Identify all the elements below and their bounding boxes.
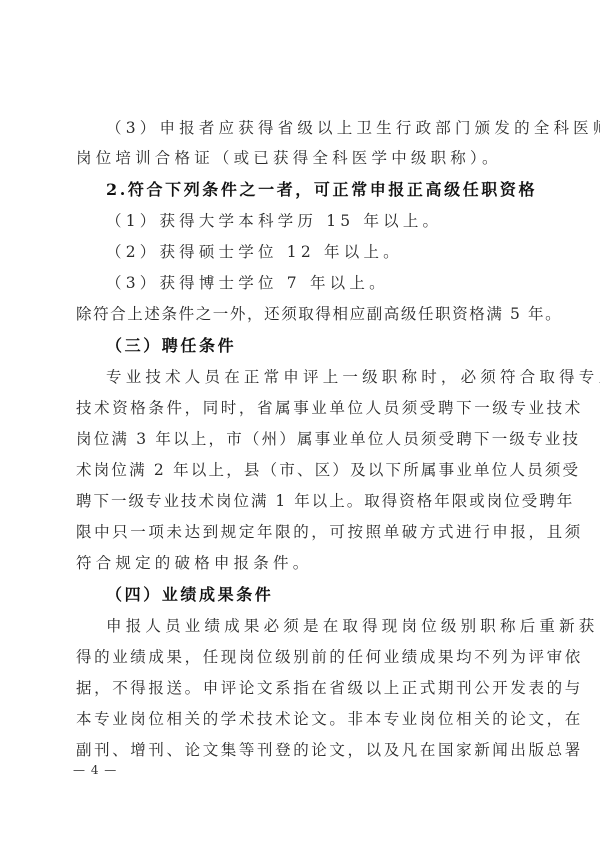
section-heading: 2.符合下列条件之一者，可正常申报正高级任职资格 bbox=[106, 175, 556, 205]
paragraph-line: 据，不得报送。申评论文系指在省级以上正式期刊公开发表的与 bbox=[76, 673, 526, 703]
paragraph-line: 聘下一级专业技术岗位满 1 年以上。取得资格年限或岗位受聘年 bbox=[76, 486, 526, 516]
document-page: （3）申报者应获得省级以上卫生行政部门颁发的全科医师 岗位培训合格证（或已获得全… bbox=[0, 0, 600, 849]
paragraph-line: 得的业绩成果，任现岗位级别前的任何业绩成果均不列为评审依 bbox=[76, 642, 526, 672]
paragraph-line: 本专业岗位相关的学术技术论文。非本专业岗位相关的论文，在 bbox=[76, 704, 526, 734]
paragraph-line: （3）申报者应获得省级以上卫生行政部门颁发的全科医师 bbox=[106, 113, 526, 143]
paragraph-line: 专业技术人员在正常申评上一级职称时，必须符合取得专业 bbox=[106, 362, 526, 392]
paragraph-line: 岗位培训合格证（或已获得全科医学中级职称）。 bbox=[76, 143, 526, 173]
list-item: （3）获得博士学位 7 年以上。 bbox=[106, 268, 526, 298]
paragraph-line: 除符合上述条件之一外，还须取得相应副高级任职资格满 5 年。 bbox=[76, 299, 526, 329]
section-heading: （四）业绩成果条件 bbox=[106, 580, 556, 610]
paragraph-line: 符合规定的破格申报条件。 bbox=[76, 548, 526, 578]
page-number: — 4 — bbox=[73, 760, 117, 780]
paragraph-line: 限中只一项未达到规定年限的，可按照单破方式进行申报，且须 bbox=[76, 517, 526, 547]
paragraph-line: 岗位满 3 年以上，市（州）属事业单位人员须受聘下一级专业技 bbox=[76, 424, 526, 454]
paragraph-line: 副刊、增刊、论文集等刊登的论文，以及凡在国家新闻出版总署 bbox=[76, 735, 526, 765]
paragraph-line: 术岗位满 2 年以上，县（市、区）及以下所属事业单位人员须受 bbox=[76, 455, 526, 485]
paragraph-line: 技术资格条件，同时，省属事业单位人员须受聘下一级专业技术 bbox=[76, 393, 526, 423]
paragraph-line: 申报人员业绩成果必须是在取得现岗位级别职称后重新获 bbox=[106, 611, 526, 641]
list-item: （2）获得硕士学位 12 年以上。 bbox=[106, 237, 526, 267]
list-item: （1）获得大学本科学历 15 年以上。 bbox=[106, 206, 526, 236]
section-heading: （三）聘任条件 bbox=[106, 331, 556, 361]
